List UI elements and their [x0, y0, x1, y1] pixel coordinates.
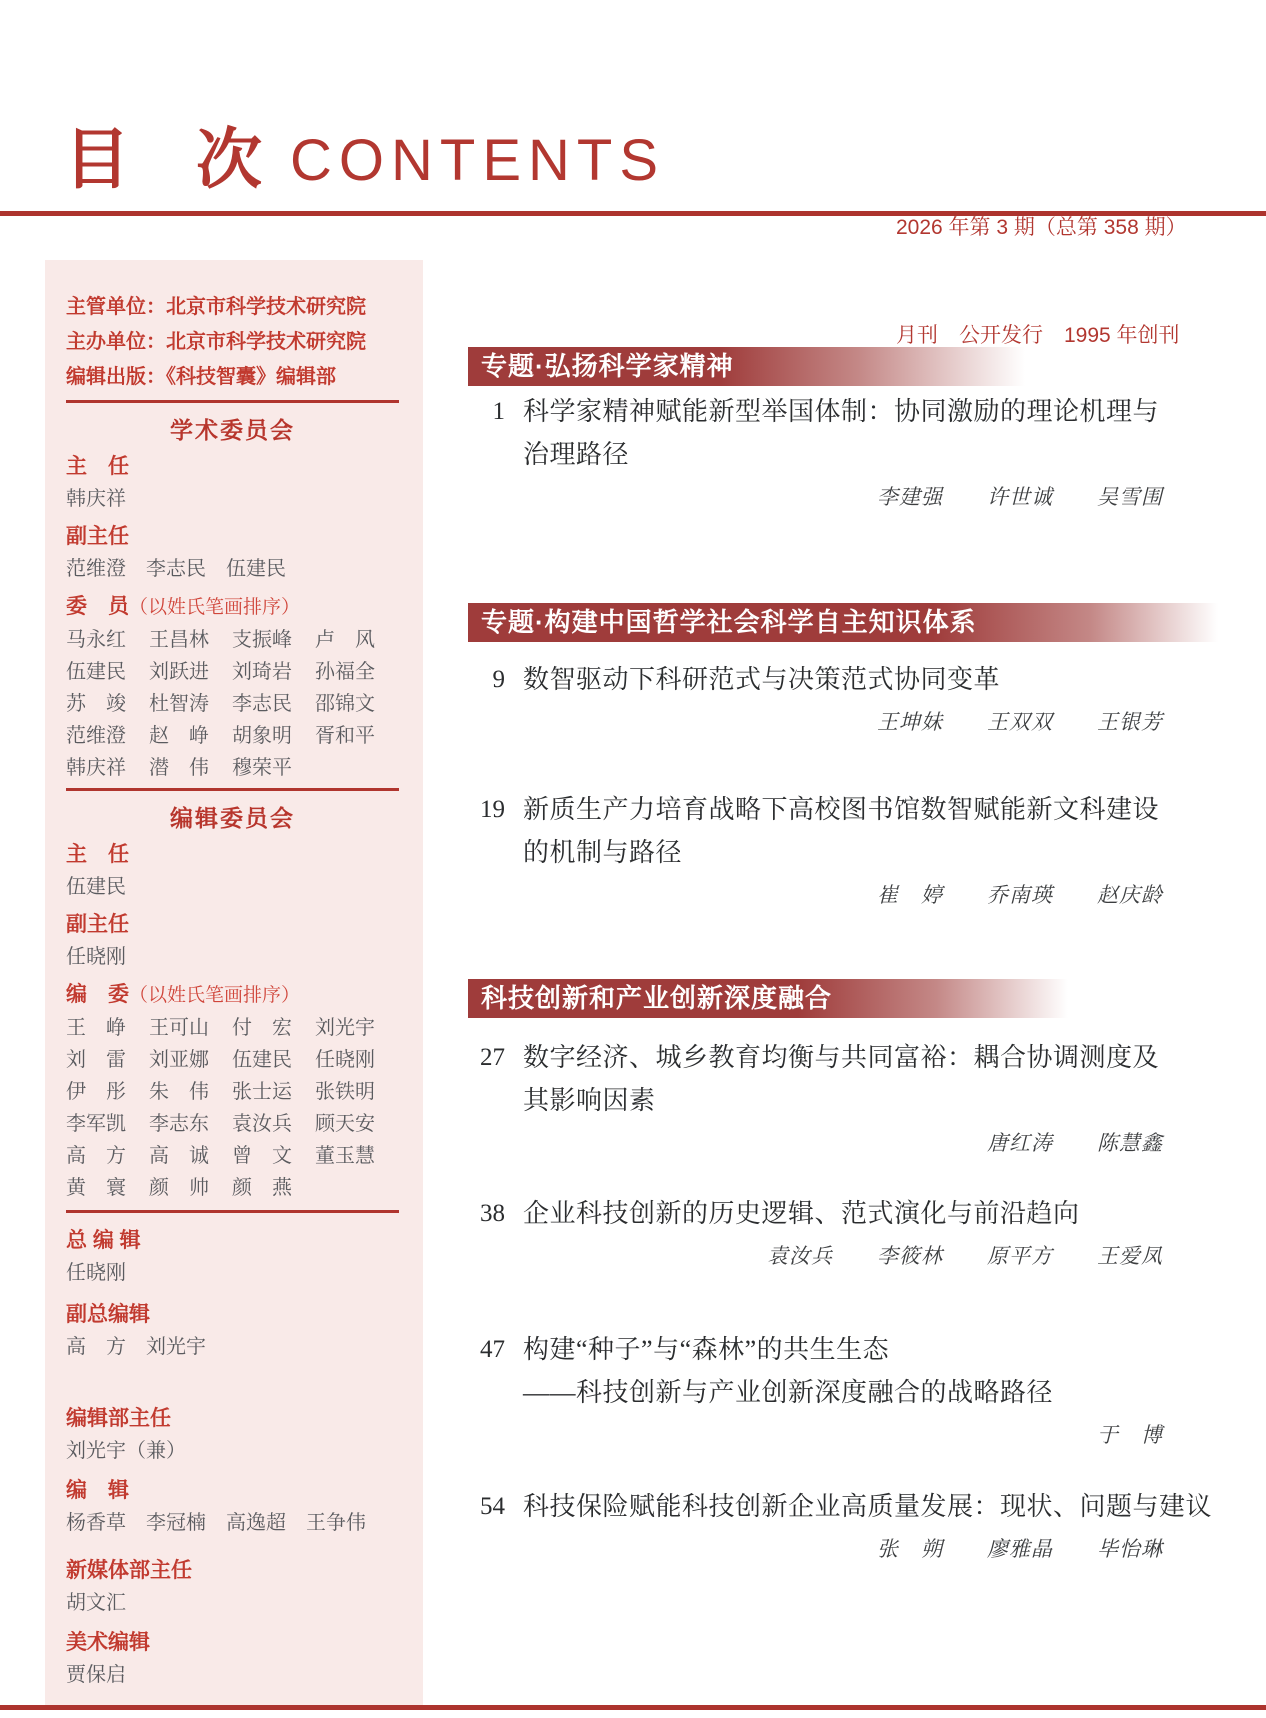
- section-banner-innovation-integration: 科技创新和产业创新深度融合: [468, 979, 1068, 1018]
- member-row: 马永红王昌林支振峰卢 风: [66, 624, 399, 656]
- member-name: 邵锦文: [315, 688, 381, 720]
- members-sort-note: （以姓氏笔画排序）: [129, 985, 300, 1006]
- member-name: 颜 帅: [149, 1172, 215, 1204]
- member-name: 张铁明: [315, 1076, 381, 1108]
- member-name: 刘 雷: [66, 1044, 132, 1076]
- member-row: 伊 彤朱 伟张士运张铁明: [66, 1076, 399, 1108]
- member-name: 苏 竣: [66, 688, 132, 720]
- member-name: 王 峥: [66, 1012, 132, 1044]
- newmedia-head-name: 胡文汇: [66, 1587, 399, 1619]
- member-name: 刘亚娜: [149, 1044, 215, 1076]
- article-body: 科技保险赋能科技创新企业高质量发展：现状、问题与建议 张 朔 廖雅晶 毕怡琳: [523, 1485, 1163, 1564]
- members-label-text: 编 委: [66, 983, 129, 1006]
- publisher-line: 编辑出版：《科技智囊》编辑部: [66, 360, 399, 395]
- toc-article: 1 科学家精神赋能新型举国体制：协同激励的理论机理与 治理路径 李建强 许世诚 …: [437, 390, 1167, 512]
- member-name: 颜 燕: [232, 1172, 298, 1204]
- member-name: 王可山: [149, 1012, 215, 1044]
- article-title-line: 构建“种子”与“森林”的共生生态: [523, 1328, 1163, 1371]
- editorial-director-label: 主 任: [66, 839, 399, 871]
- member-name: 支振峰: [232, 624, 298, 656]
- toc-article: 38 企业科技创新的历史逻辑、范式演化与前沿趋向 袁汝兵 李筱林 原平方 王爱凤: [437, 1192, 1167, 1271]
- member-name: 潜 伟: [149, 752, 215, 784]
- member-row: 黄 寰颜 帅颜 燕: [66, 1172, 399, 1204]
- sponsor-line: 主办单位：北京市科学技术研究院: [66, 325, 399, 360]
- page-title-chinese: 目 次: [64, 126, 262, 192]
- member-name: 马永红: [66, 624, 132, 656]
- member-row: 高 方高 诚曾 文董玉慧: [66, 1140, 399, 1172]
- member-name: 杜智涛: [149, 688, 215, 720]
- member-name: 胥和平: [315, 720, 381, 752]
- member-name: 刘跃进: [149, 656, 215, 688]
- deputy-chief-label: 副总编辑: [66, 1299, 399, 1331]
- article-title-line: 企业科技创新的历史逻辑、范式演化与前沿趋向: [523, 1192, 1163, 1235]
- member-name: 顾天安: [315, 1108, 381, 1140]
- members-sort-note: （以姓氏笔画排序）: [129, 597, 300, 618]
- article-authors: 张 朔 廖雅晶 毕怡琳: [523, 1534, 1163, 1564]
- article-title-line: 科技保险赋能科技创新企业高质量发展：现状、问题与建议: [523, 1485, 1163, 1528]
- member-name: 董玉慧: [315, 1140, 381, 1172]
- page-header: 目 次 CONTENTS: [64, 126, 665, 192]
- member-row: 刘 雷刘亚娜伍建民任晓刚: [66, 1044, 399, 1076]
- member-name: 卢 风: [315, 624, 381, 656]
- member-name: 张士运: [232, 1076, 298, 1108]
- section-banner-scientist-spirit: 专题·弘扬科学家精神: [468, 347, 1025, 386]
- article-page-number: 47: [437, 1328, 505, 1450]
- editors-names: 杨香草 李冠楠 高逸超 王争伟: [66, 1507, 399, 1539]
- article-title-line: 其影响因素: [523, 1079, 1163, 1122]
- member-name: 伊 彤: [66, 1076, 132, 1108]
- newmedia-head-label: 新媒体部主任: [66, 1555, 399, 1587]
- member-name: 穆荣平: [232, 752, 298, 784]
- article-body: 数智驱动下科研范式与决策范式协同变革 王坤妹 王双双 王银芳: [523, 658, 1163, 737]
- editorial-deputy-name: 任晓刚: [66, 941, 399, 973]
- editorial-members-grid: 王 峥王可山付 宏刘光宇刘 雷刘亚娜伍建民任晓刚伊 彤朱 伟张士运张铁明李军凯李…: [66, 1012, 399, 1204]
- article-title-line: 新质生产力培育战略下高校图书馆数智赋能新文科建设: [523, 788, 1163, 831]
- chief-editor-name: 任晓刚: [66, 1257, 399, 1289]
- article-page-number: 19: [437, 788, 505, 910]
- article-title-line: 数字经济、城乡教育均衡与共同富裕：耦合协调测度及: [523, 1036, 1163, 1079]
- article-body: 构建“种子”与“森林”的共生生态 ——科技创新与产业创新深度融合的战略路径 于 …: [523, 1328, 1163, 1450]
- member-name: 王昌林: [149, 624, 215, 656]
- panel-divider: [66, 788, 399, 791]
- member-name: 刘琦岩: [232, 656, 298, 688]
- article-authors: 于 博: [523, 1420, 1163, 1450]
- member-name: 袁汝兵: [232, 1108, 298, 1140]
- toc-article: 19 新质生产力培育战略下高校图书馆数智赋能新文科建设 的机制与路径 崔 婷 乔…: [437, 788, 1167, 910]
- editorial-director-name: 伍建民: [66, 871, 399, 903]
- bottom-rule: [0, 1705, 1266, 1710]
- member-name: 范维澄: [66, 720, 132, 752]
- member-name: 高 方: [66, 1140, 132, 1172]
- editorial-deputy-label: 副主任: [66, 909, 399, 941]
- member-name: 付 宏: [232, 1012, 298, 1044]
- panel-divider: [66, 400, 399, 403]
- article-title-line: 数智驱动下科研范式与决策范式协同变革: [523, 658, 1163, 701]
- member-name: 李志民: [232, 688, 298, 720]
- dept-head-name: 刘光宇（兼）: [66, 1435, 399, 1467]
- academic-members-grid: 马永红王昌林支振峰卢 风伍建民刘跃进刘琦岩孙福全苏 竣杜智涛李志民邵锦文范维澄赵…: [66, 624, 399, 784]
- member-name: 李志东: [149, 1108, 215, 1140]
- academic-deputy-label: 副主任: [66, 521, 399, 553]
- member-name: 伍建民: [232, 1044, 298, 1076]
- article-body: 企业科技创新的历史逻辑、范式演化与前沿趋向 袁汝兵 李筱林 原平方 王爱凤: [523, 1192, 1163, 1271]
- article-title-line: 治理路径: [523, 433, 1163, 476]
- section-banner-knowledge-system: 专题·构建中国哲学社会科学自主知识体系: [468, 603, 1218, 642]
- academic-committee-title: 学术委员会: [66, 415, 399, 445]
- chief-editor-label: 总 编 辑: [66, 1225, 399, 1257]
- article-authors: 王坤妹 王双双 王银芳: [523, 707, 1163, 737]
- supervisor-line: 主管单位：北京市科学技术研究院: [66, 290, 399, 325]
- toc-article: 47 构建“种子”与“森林”的共生生态 ——科技创新与产业创新深度融合的战略路径…: [437, 1328, 1167, 1450]
- article-page-number: 1: [437, 390, 505, 512]
- editorial-committee-title: 编辑委员会: [66, 803, 399, 833]
- article-authors: 李建强 许世诚 吴雪围: [523, 482, 1163, 512]
- member-name: 韩庆祥: [66, 752, 132, 784]
- academic-deputy-names: 范维澄 李志民 伍建民: [66, 553, 399, 585]
- member-row: 韩庆祥潜 伟穆荣平: [66, 752, 399, 784]
- member-row: 王 峥王可山付 宏刘光宇: [66, 1012, 399, 1044]
- article-title-line: 科学家精神赋能新型举国体制：协同激励的理论机理与: [523, 390, 1163, 433]
- member-name: 朱 伟: [149, 1076, 215, 1108]
- article-authors: 袁汝兵 李筱林 原平方 王爱凤: [523, 1241, 1163, 1271]
- article-title-line: 的机制与路径: [523, 831, 1163, 874]
- academic-director-name: 韩庆祥: [66, 483, 399, 515]
- members-label-text: 委 员: [66, 595, 129, 618]
- top-rule: [0, 211, 1266, 216]
- deputy-chief-names: 高 方 刘光宇: [66, 1331, 399, 1363]
- member-row: 苏 竣杜智涛李志民邵锦文: [66, 688, 399, 720]
- masthead-panel: 主管单位：北京市科学技术研究院 主办单位：北京市科学技术研究院 编辑出版：《科技…: [45, 260, 423, 1706]
- member-name: 黄 寰: [66, 1172, 132, 1204]
- member-name: 孙福全: [315, 656, 381, 688]
- panel-divider: [66, 1210, 399, 1213]
- member-row: 伍建民刘跃进刘琦岩孙福全: [66, 656, 399, 688]
- member-name: 伍建民: [66, 656, 132, 688]
- article-page-number: 27: [437, 1036, 505, 1158]
- member-row: 李军凯李志东袁汝兵顾天安: [66, 1108, 399, 1140]
- member-name: 胡象明: [232, 720, 298, 752]
- article-authors: 唐红涛 陈慧鑫: [523, 1128, 1163, 1158]
- toc-article: 27 数字经济、城乡教育均衡与共同富裕：耦合协调测度及 其影响因素 唐红涛 陈慧…: [437, 1036, 1167, 1158]
- art-editor-label: 美术编辑: [66, 1627, 399, 1659]
- toc-article: 9 数智驱动下科研范式与决策范式协同变革 王坤妹 王双双 王银芳: [437, 658, 1167, 737]
- dept-head-label: 编辑部主任: [66, 1403, 399, 1435]
- article-authors: 崔 婷 乔南瑛 赵庆龄: [523, 880, 1163, 910]
- member-name: 高 诚: [149, 1140, 215, 1172]
- article-title-line: ——科技创新与产业创新深度融合的战略路径: [523, 1371, 1163, 1414]
- editorial-members-label: 编 委（以姓氏笔画排序）: [66, 979, 399, 1012]
- member-name: 赵 峥: [149, 720, 215, 752]
- article-page-number: 54: [437, 1485, 505, 1564]
- academic-members-label: 委 员（以姓氏笔画排序）: [66, 591, 399, 624]
- article-page-number: 38: [437, 1192, 505, 1271]
- member-name: 任晓刚: [315, 1044, 381, 1076]
- member-row: 范维澄赵 峥胡象明胥和平: [66, 720, 399, 752]
- article-body: 新质生产力培育战略下高校图书馆数智赋能新文科建设 的机制与路径 崔 婷 乔南瑛 …: [523, 788, 1163, 910]
- article-page-number: 9: [437, 658, 505, 737]
- member-name: 曾 文: [232, 1140, 298, 1172]
- member-name: 刘光宇: [315, 1012, 381, 1044]
- page-title-english: CONTENTS: [290, 132, 665, 190]
- toc-article: 54 科技保险赋能科技创新企业高质量发展：现状、问题与建议 张 朔 廖雅晶 毕怡…: [437, 1485, 1167, 1564]
- member-name: 李军凯: [66, 1108, 132, 1140]
- article-body: 数字经济、城乡教育均衡与共同富裕：耦合协调测度及 其影响因素 唐红涛 陈慧鑫: [523, 1036, 1163, 1158]
- art-editor-name: 贾保启: [66, 1659, 399, 1691]
- academic-director-label: 主 任: [66, 451, 399, 483]
- article-body: 科学家精神赋能新型举国体制：协同激励的理论机理与 治理路径 李建强 许世诚 吴雪…: [523, 390, 1163, 512]
- editors-label: 编 辑: [66, 1475, 399, 1507]
